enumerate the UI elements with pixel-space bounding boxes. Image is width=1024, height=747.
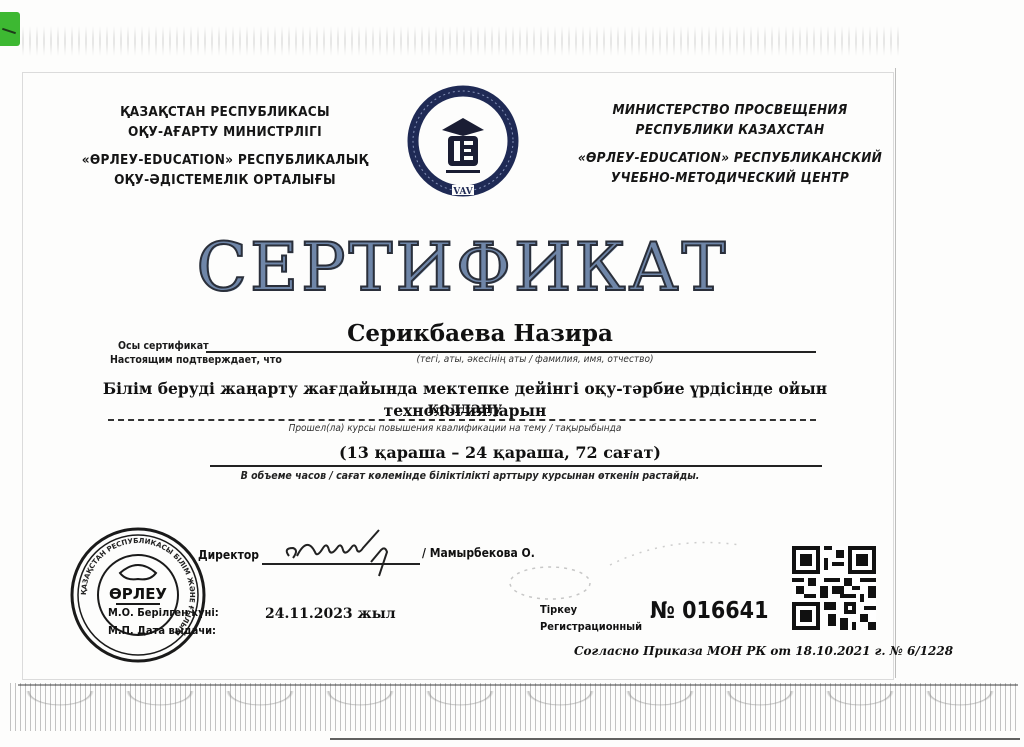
header-right: МИНИСТЕРСТВО ПРОСВЕЩЕНИЯ РЕСПУБЛИКИ КАЗА… xyxy=(575,100,885,188)
course-hint: Прошел(ла) курсы повышения квалификации … xyxy=(235,423,675,434)
signature-icon xyxy=(275,526,425,578)
confirm-text: В объеме часов / сағат көлемінде білікті… xyxy=(190,470,750,482)
round-stamp-icon: ҚАЗАҚСТАН РЕСПУБЛИКАСЫ БІЛІМ ЖӘНЕ ҒЫЛЫМ … xyxy=(68,525,208,665)
reg-label-ru: Регистрационный xyxy=(540,618,642,635)
header-left-line: ОҚУ-АҒАРТУ МИНИСТРЛІГІ xyxy=(80,122,370,142)
recipient-name: Серикбаева Назира xyxy=(300,320,660,347)
certify-label-ru: Настоящим подтверждает, что xyxy=(110,354,282,366)
registration-number: № 016641 xyxy=(650,598,768,624)
header-left-line: ОҚУ-ӘДІСТЕМЕЛІК ОРТАЛЫҒЫ xyxy=(80,170,370,190)
mp-line: М.П. Дата выдачи: xyxy=(108,622,219,640)
header-right-line: УЧЕБНО-МЕТОДИЧЕСКИЙ ЦЕНТР xyxy=(575,168,885,188)
bottom-edge-line xyxy=(330,738,1020,740)
course-title-line2: қолдану xyxy=(410,398,520,417)
issue-date: 24.11.2023 жыл xyxy=(265,606,396,622)
mp-labels: М.О. Берілген күні: М.П. Дата выдачи: xyxy=(108,604,219,640)
top-decorative-border xyxy=(22,26,902,56)
header-left: ҚАЗАҚСТАН РЕСПУБЛИКАСЫ ОҚУ-АҒАРТУ МИНИСТ… xyxy=(80,102,370,190)
header-right-line: РЕСПУБЛИКИ КАЗАХСТАН xyxy=(575,120,885,140)
frame-right-line xyxy=(895,68,896,678)
reg-label-kz: Тіркеу xyxy=(540,601,642,618)
orleu-education-emblem-icon: VAV xyxy=(404,84,522,202)
course-period: (13 қараша – 24 қараша, 72 сағат) xyxy=(250,443,750,462)
svg-text:VAV: VAV xyxy=(452,187,474,197)
header-right-line: МИНИСТЕРСТВО ПРОСВЕЩЕНИЯ xyxy=(575,100,885,120)
header-left-line: ҚАЗАҚСТАН РЕСПУБЛИКАСЫ xyxy=(80,102,370,122)
faded-stamp-icon xyxy=(490,535,750,605)
header-right-line: «ӨРЛЕУ-EDUCATION» РЕСПУБЛИКАНСКИЙ xyxy=(575,148,885,168)
certify-label-kz: Осы сертификат xyxy=(118,340,209,352)
course-underline xyxy=(108,419,816,421)
mp-line: М.О. Берілген күні: xyxy=(108,604,219,622)
certificate-page: ҚАЗАҚСТАН РЕСПУБЛИКАСЫ ОҚУ-АҒАРТУ МИНИСТ… xyxy=(0,0,1024,747)
director-label: Директор xyxy=(198,548,259,562)
green-corner-fragment xyxy=(0,12,20,46)
order-note: Согласно Приказа МОН РК от 18.10.2021 г.… xyxy=(574,644,953,658)
period-underline xyxy=(210,465,822,467)
certificate-title: СЕРТИФИКАТ xyxy=(190,232,735,304)
name-underline xyxy=(206,351,816,353)
svg-text:ӨРЛЕУ: ӨРЛЕУ xyxy=(109,585,167,603)
bottom-ornamental-border xyxy=(10,683,1020,731)
qr-code-icon xyxy=(792,546,876,630)
header-left-line: «ӨРЛЕУ-EDUCATION» РЕСПУБЛИКАЛЫҚ xyxy=(80,150,370,170)
registration-label: Тіркеу Регистрационный xyxy=(540,601,642,635)
name-hint: (тегі, аты, әкесінің аты / фамилия, имя,… xyxy=(370,354,700,365)
